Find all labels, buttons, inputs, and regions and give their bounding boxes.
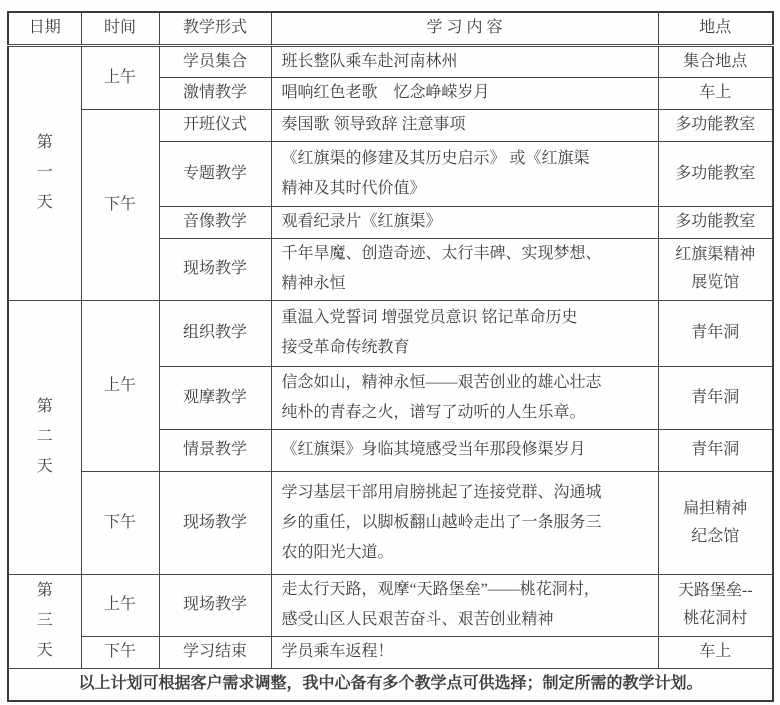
header-cell-form: 教学形式 <box>159 12 271 45</box>
date-cell-day2: 第二天 <box>8 300 81 574</box>
content-cell: 《红旗渠的修建及其历史启示》 或《红旗渠 精神及其时代价值》 <box>271 141 658 206</box>
table-row: 下午 现场教学 学习基层干部用肩膀挑起了连接党群、沟通城 乡的重任，以脚板翻山越… <box>8 471 773 574</box>
content-cell: 唱响红色老歌 忆念峥嵘岁月 <box>271 77 658 109</box>
header-row: 日期 时间 教学形式 学 习 内 容 地点 <box>8 12 773 45</box>
header-cell-date: 日期 <box>8 12 81 45</box>
time-cell: 下午 <box>81 471 159 574</box>
content-cell: 走太行天路，观摩“天路堡垒”——桃花洞村， 感受山区人民艰苦奋斗、艰苦创业精神 <box>271 574 658 636</box>
form-cell: 学员集合 <box>159 45 271 77</box>
form-cell: 观摩教学 <box>159 366 271 429</box>
table-row: 第三天 上午 现场教学 走太行天路，观摩“天路堡垒”——桃花洞村， 感受山区人民… <box>8 574 773 636</box>
time-cell: 下午 <box>81 109 159 300</box>
location-cell: 多功能教室 <box>658 206 773 238</box>
location-cell: 红旗渠精神 展览馆 <box>658 238 773 300</box>
header-cell-time: 时间 <box>81 12 159 45</box>
time-cell: 上午 <box>81 300 159 471</box>
content-cell: 奏国歌 领导致辞 注意事项 <box>271 109 658 141</box>
content-cell: 班长整队乘车赴河南林州 <box>271 45 658 77</box>
form-cell: 激情教学 <box>159 77 271 109</box>
table-row: 下午 开班仪式 奏国歌 领导致辞 注意事项 多功能教室 <box>8 109 773 141</box>
content-cell: 重温入党誓词 增强党员意识 铭记革命历史 接受革命传统教育 <box>271 300 658 366</box>
location-cell: 车上 <box>658 77 773 109</box>
form-cell: 现场教学 <box>159 471 271 574</box>
date-label: 第一天 <box>36 128 54 218</box>
location-cell: 青年洞 <box>658 366 773 429</box>
time-cell: 上午 <box>81 574 159 636</box>
date-label: 第三天 <box>36 576 54 666</box>
location-cell: 青年洞 <box>658 429 773 471</box>
content-cell: 信念如山，精神永恒——艰苦创业的雄心壮志 纯朴的青春之火，谱写了动听的人生乐章。 <box>271 366 658 429</box>
date-cell-day3: 第三天 <box>8 574 81 668</box>
location-cell: 多功能教室 <box>658 141 773 206</box>
table-row: 下午 学习结束 学员乘车返程！ 车上 <box>8 636 773 668</box>
schedule-table: 日期 时间 教学形式 学 习 内 容 地点 第一天 上午 学员集合 班长整队乘车… <box>7 11 774 702</box>
content-cell: 观看纪录片《红旗渠》 <box>271 206 658 238</box>
content-cell: 千年旱魔、创造奇迹、太行丰碑、实现梦想、 精神永恒 <box>271 238 658 300</box>
schedule-page: 日期 时间 教学形式 学 习 内 容 地点 第一天 上午 学员集合 班长整队乘车… <box>0 0 780 705</box>
date-label: 第二天 <box>36 392 54 482</box>
form-cell: 组织教学 <box>159 300 271 366</box>
form-cell: 专题教学 <box>159 141 271 206</box>
location-cell: 天路堡垒-- 桃花洞村 <box>658 574 773 636</box>
form-cell: 现场教学 <box>159 574 271 636</box>
form-cell: 情景教学 <box>159 429 271 471</box>
content-cell: 学员乘车返程！ <box>271 636 658 668</box>
header-cell-content: 学 习 内 容 <box>271 12 658 45</box>
table-row: 第一天 上午 学员集合 班长整队乘车赴河南林州 集合地点 <box>8 45 773 77</box>
footer-note: 以上计划可根据客户需求调整，我中心备有多个教学点可供选择；制定所需的教学计划。 <box>8 668 773 701</box>
location-cell: 扁担精神 纪念馆 <box>658 471 773 574</box>
content-cell: 《红旗渠》身临其境感受当年那段修渠岁月 <box>271 429 658 471</box>
location-cell: 多功能教室 <box>658 109 773 141</box>
form-cell: 现场教学 <box>159 238 271 300</box>
location-cell: 青年洞 <box>658 300 773 366</box>
date-cell-day1: 第一天 <box>8 45 81 300</box>
header-cell-location: 地点 <box>658 12 773 45</box>
table-row: 第二天 上午 组织教学 重温入党誓词 增强党员意识 铭记革命历史 接受革命传统教… <box>8 300 773 366</box>
form-cell: 音像教学 <box>159 206 271 238</box>
content-cell: 学习基层干部用肩膀挑起了连接党群、沟通城 乡的重任，以脚板翻山越岭走出了一条服务… <box>271 471 658 574</box>
time-cell: 上午 <box>81 45 159 109</box>
form-cell: 开班仪式 <box>159 109 271 141</box>
form-cell: 学习结束 <box>159 636 271 668</box>
time-cell: 下午 <box>81 636 159 668</box>
location-cell: 车上 <box>658 636 773 668</box>
footer-row: 以上计划可根据客户需求调整，我中心备有多个教学点可供选择；制定所需的教学计划。 <box>8 668 773 701</box>
location-cell: 集合地点 <box>658 45 773 77</box>
